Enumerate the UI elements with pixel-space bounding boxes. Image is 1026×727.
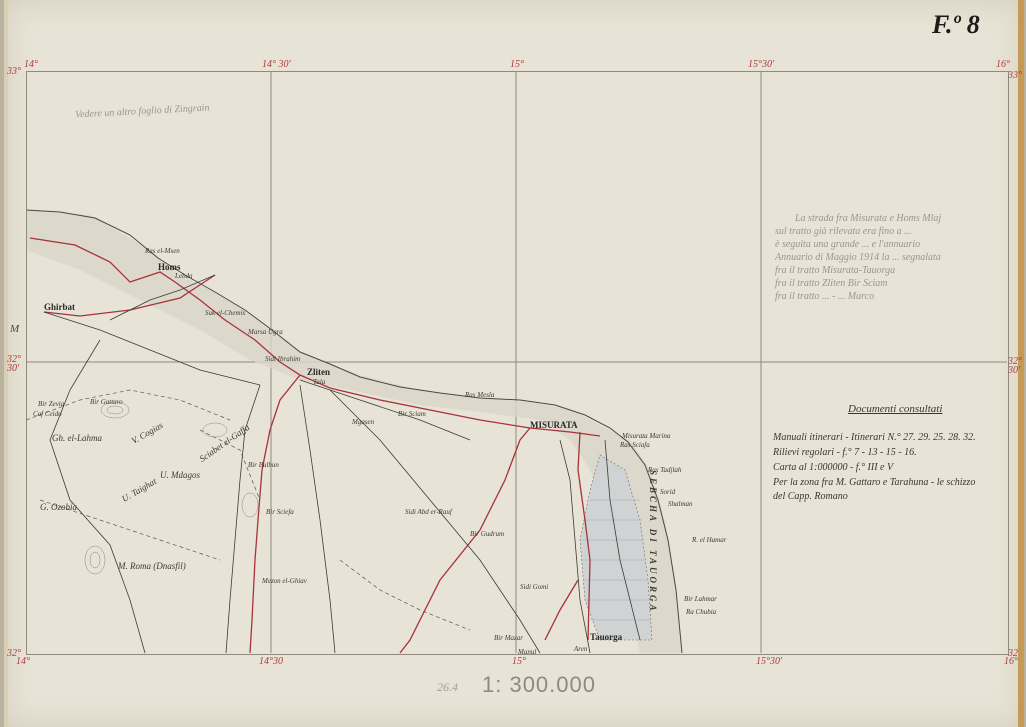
- place-label: Manul: [518, 648, 536, 656]
- region-label: G. Ozobia: [40, 502, 77, 512]
- note-line: fra il tratto Misurata-Tauorga: [775, 265, 895, 276]
- lat-label-left: 32°: [7, 648, 21, 659]
- place-label: Tala: [313, 378, 325, 386]
- lat-label-right: 32: [1008, 648, 1018, 659]
- place-label: Sidi Abd er-Rauf: [405, 508, 452, 516]
- place-label: Marsa Ugra: [248, 328, 283, 336]
- place-label: Sidi Ibrahim: [265, 355, 300, 363]
- place-label: Ras Mesla: [465, 391, 494, 399]
- note-line: sul tratto già rilevata era fino a ...: [775, 226, 912, 237]
- place-label: Suk el-Chemis: [205, 309, 245, 317]
- lon-label-bottom: 15°: [512, 656, 526, 667]
- lat-label-left: 33°: [7, 66, 21, 77]
- lon-label-top: 14°: [24, 59, 38, 70]
- note-line: La strada fra Misurata e Homs Mlaj: [795, 213, 941, 224]
- lon-label-top: 16°: [996, 59, 1010, 70]
- map-scale: 1: 300.000: [482, 672, 596, 698]
- place-label: Mgasen: [352, 418, 374, 426]
- lon-label-top: 15°30': [748, 59, 774, 70]
- place-label: Bir Gattaro: [90, 398, 123, 406]
- lon-label-top: 15°: [510, 59, 524, 70]
- town-label: Tauorga: [590, 632, 622, 642]
- note-line: fra il tratto ... - ... Marco: [775, 291, 874, 302]
- place-label: Ra Chubia: [686, 608, 716, 616]
- lon-label-bottom: 14°30: [259, 656, 283, 667]
- place-label: Bir Mazar: [494, 634, 523, 642]
- place-label: Aren: [574, 645, 587, 653]
- place-label: Misurata Marina: [622, 432, 670, 440]
- sebkha-label: SEBCHA DI TAUORGA: [648, 470, 658, 614]
- sheet-number: F.º 8: [932, 10, 980, 40]
- documents-line: Carta al 1:000000 - f.° III e V: [773, 462, 893, 473]
- place-label: Shalman: [668, 500, 693, 508]
- lat-label-right: 32° 30': [1008, 357, 1024, 375]
- place-label: Ras Sciafa: [620, 441, 650, 449]
- documents-title: Documenti consultati: [848, 403, 942, 415]
- margin-mark: M: [10, 323, 19, 335]
- place-label: Caf Ceido: [33, 410, 62, 418]
- note-line: Annuario di Maggio 1914 la ... segnalata: [775, 252, 941, 263]
- note-line: fra il tratto Zliten Bir Sciam: [775, 278, 888, 289]
- town-label: MISURATA: [530, 420, 578, 430]
- place-label: Lebda: [175, 272, 193, 280]
- documents-line: Per la zona fra M. Gattaro e Tarahuna - …: [773, 477, 975, 488]
- lat-label-left: 32° 30': [7, 355, 25, 373]
- town-label: Ghirbat: [44, 302, 75, 312]
- region-label: U. Mdagos: [160, 470, 200, 480]
- place-label: Bir Lahmar: [684, 595, 717, 603]
- place-label: Bir Sciam: [398, 410, 426, 418]
- documents-line: Rilievi regolari - f.° 7 - 13 - 15 - 16.: [773, 447, 917, 458]
- documents-line: Manuali itinerari - Itinerari N.° 27. 29…: [773, 432, 976, 443]
- place-label: R. el Hamar: [692, 536, 726, 544]
- place-label: Bir Sciefa: [266, 508, 294, 516]
- place-label: Ras el-Msen: [145, 247, 180, 255]
- lon-label-top: 14° 30': [262, 59, 291, 70]
- region-label: Gh. el-Lahma: [52, 433, 102, 443]
- documents-line: del Capp. Romano: [773, 491, 848, 502]
- place-label: Bir Bulbun: [248, 461, 279, 469]
- note-line: è seguita una grande ... e l'annuario: [775, 239, 920, 250]
- place-label: Sorid: [660, 488, 675, 496]
- scale-note: 26.4: [437, 680, 458, 695]
- town-label: Zliten: [307, 367, 330, 377]
- town-label: Homs: [158, 262, 181, 272]
- place-label: Bir Zevia: [38, 400, 64, 408]
- place-label: Bir Gudrum: [470, 530, 504, 538]
- lat-label-right: 33°: [1008, 70, 1022, 81]
- lon-label-bottom: 15°30': [756, 656, 782, 667]
- region-label: M. Roma (Dnasfil): [118, 561, 186, 571]
- place-label: Sidi Gomi: [520, 583, 548, 591]
- place-label: Mezon el-Ghiav: [262, 577, 307, 585]
